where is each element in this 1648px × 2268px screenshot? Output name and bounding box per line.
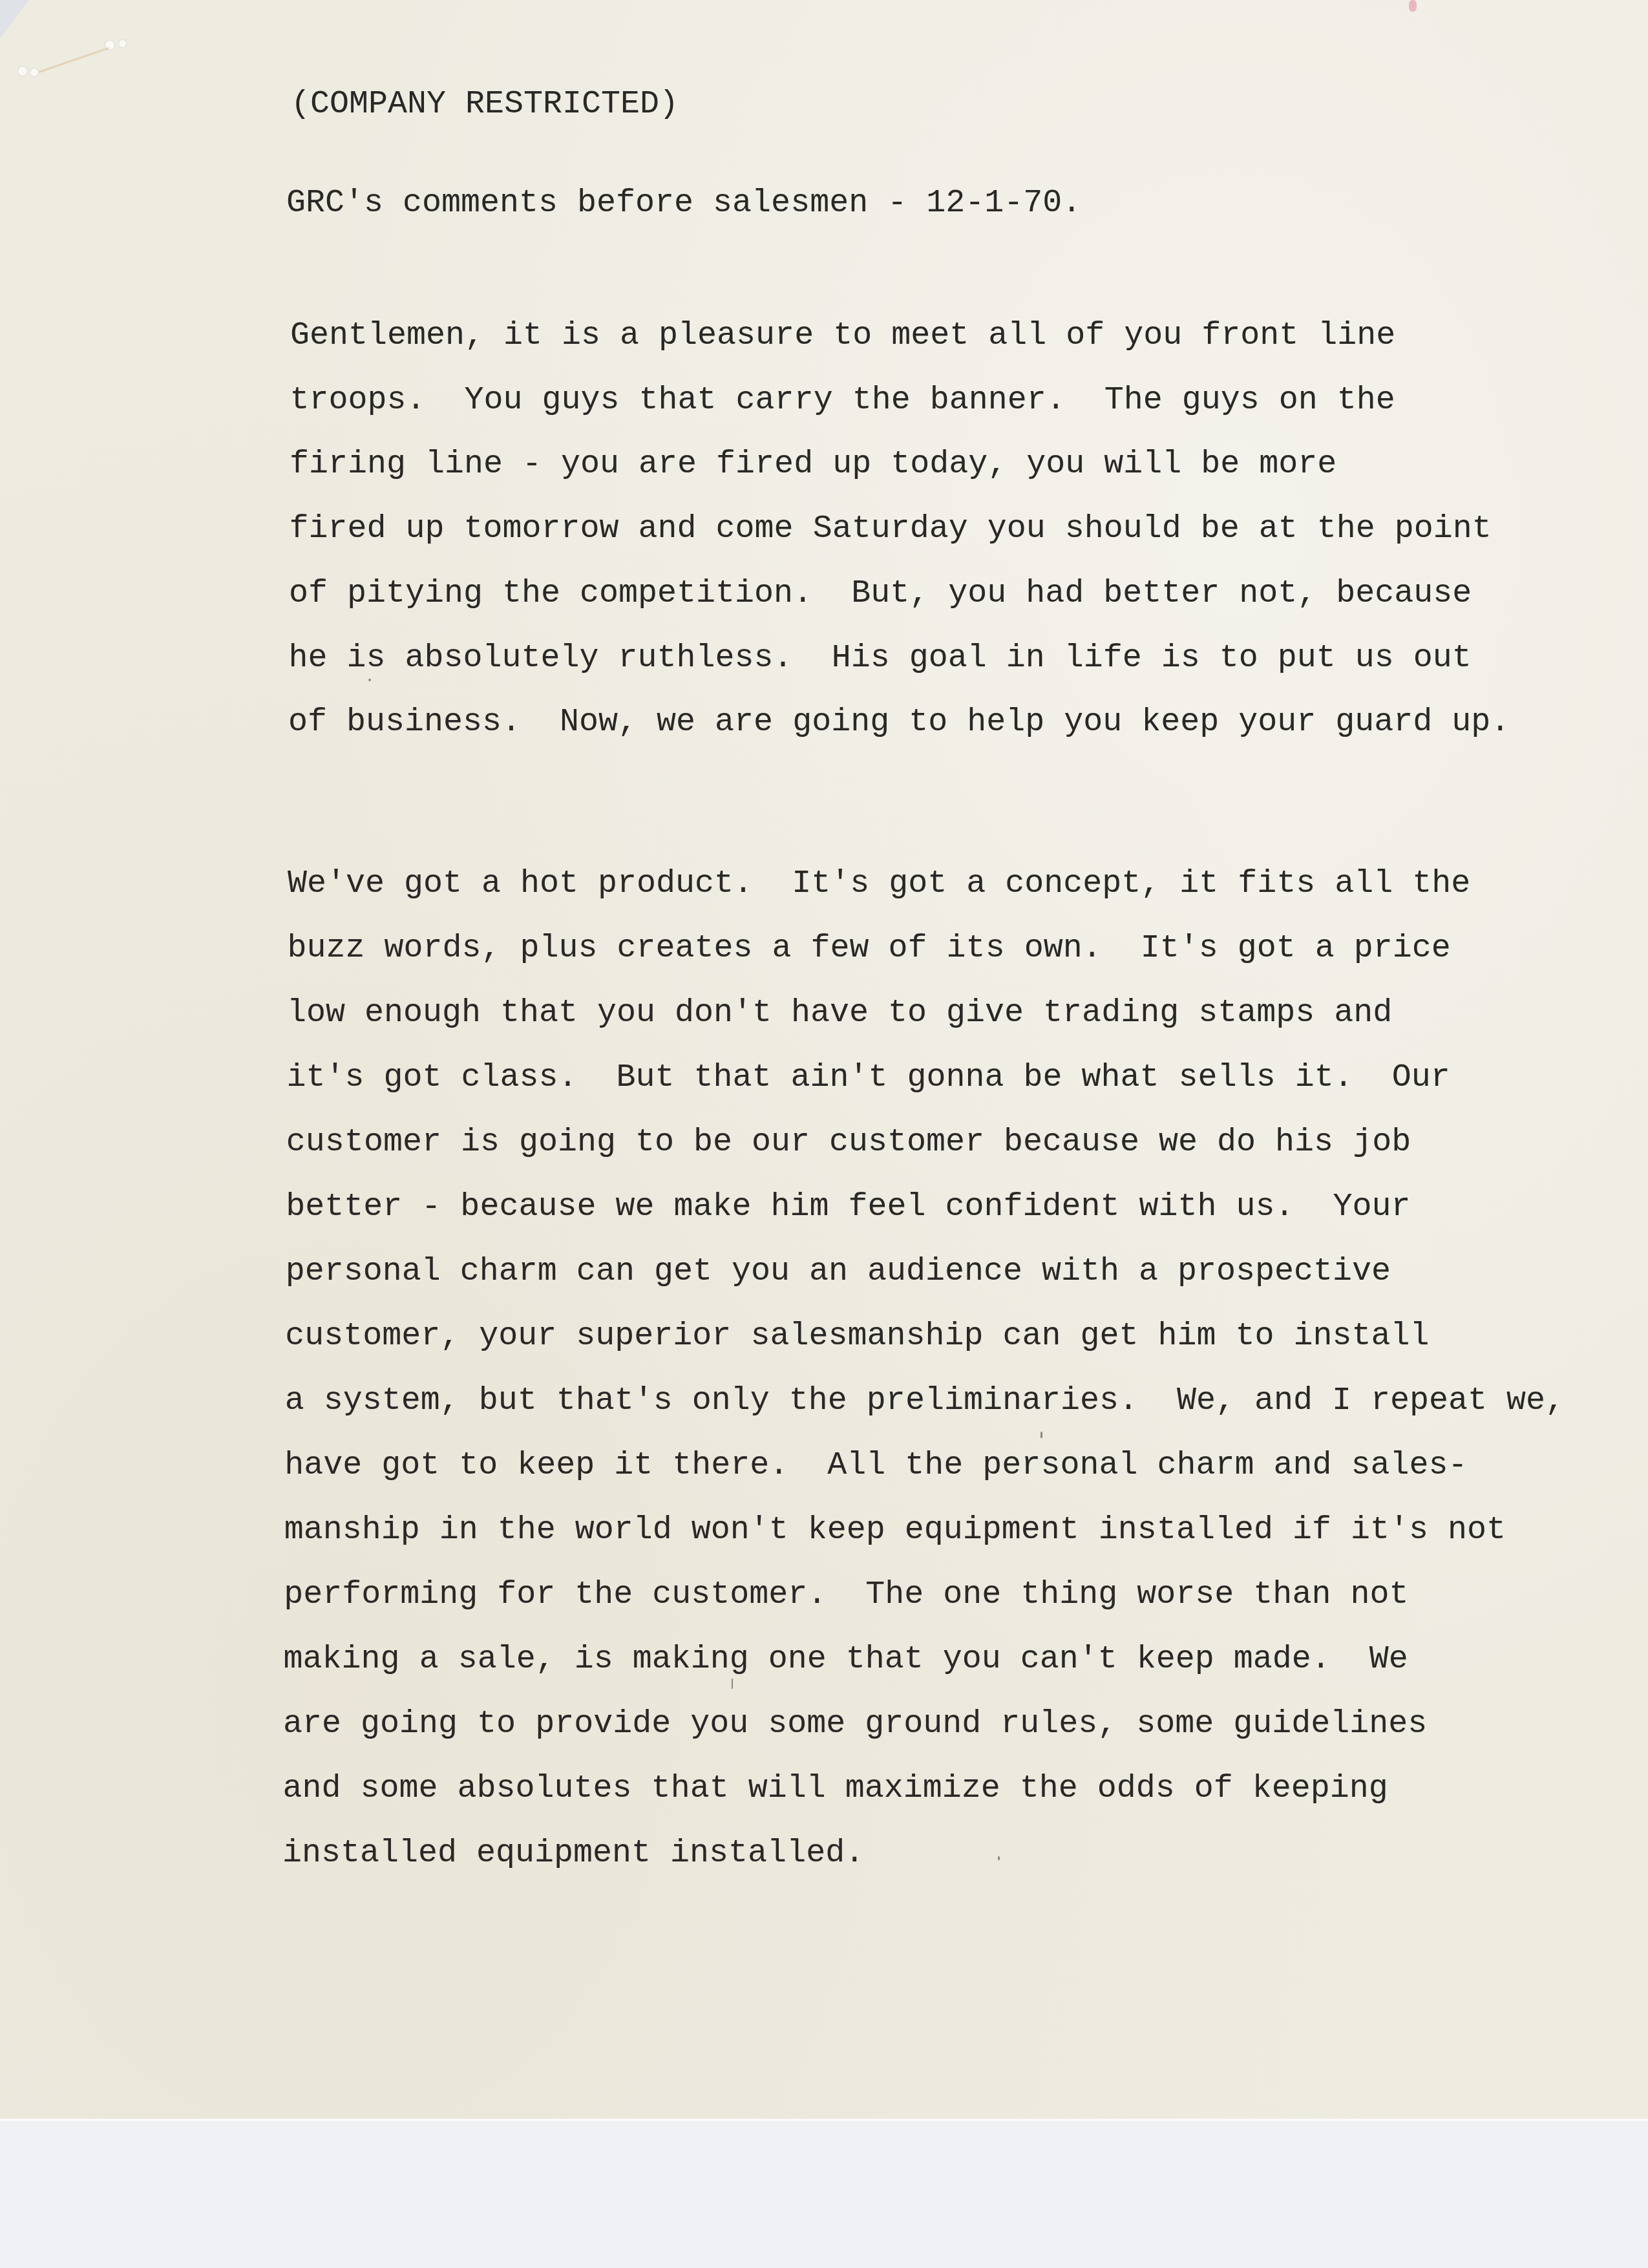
paragraph-1-line: he is absolutely ruthless. His goal in l… — [289, 642, 1472, 675]
paragraph-1-line: of pitying the competition. But, you had… — [289, 578, 1472, 610]
paragraph-1-line: Gentlemen, it is a pleasure to meet all … — [290, 320, 1395, 352]
pink-ink-mark — [1409, 0, 1417, 12]
paragraph-1-line: of business. Now, we are going to help y… — [288, 706, 1510, 739]
paragraph-2-line: are going to provide you some ground rul… — [283, 1708, 1427, 1741]
paragraph-2-line: have got to keep it there. All the perso… — [284, 1450, 1467, 1482]
paragraph-2-line: customer, your superior salesmanship can… — [285, 1320, 1429, 1353]
paragraph-2-line: personal charm can get you an audience w… — [286, 1256, 1391, 1288]
paragraph-2-line: customer is going to be our customer bec… — [286, 1127, 1411, 1159]
paragraph-2-line: buzz words, plus creates a few of its ow… — [287, 933, 1450, 965]
paragraph-2-line: manship in the world won't keep equipmen… — [284, 1514, 1506, 1547]
paper-speck — [732, 1679, 733, 1689]
paragraph-2-line: it's got class. But that ain't gonna be … — [286, 1062, 1450, 1094]
folded-corner — [0, 0, 28, 39]
paragraph-2-line: and some absolutes that will maximize th… — [283, 1773, 1388, 1805]
paper-page: (COMPANY RESTRICTED) GRC's comments befo… — [0, 0, 1648, 2119]
paragraph-1-line: troops. You guys that carry the banner. … — [290, 385, 1395, 417]
paper-speck — [1041, 1432, 1042, 1438]
classification-label: (COMPANY RESTRICTED) — [291, 89, 679, 121]
document-subtitle: GRC's comments before salesmen - 12-1-70… — [286, 187, 1081, 220]
staple-hole-mark — [119, 40, 126, 47]
paragraph-2-line: a system, but that's only the preliminar… — [285, 1385, 1565, 1417]
scanner-background — [0, 2119, 1648, 2268]
staple-hole-mark — [30, 69, 38, 76]
paragraph-2-line: making a sale, is making one that you ca… — [284, 1644, 1408, 1676]
paper-speck — [998, 1856, 1000, 1860]
paragraph-2-line: installed equipment installed. — [282, 1838, 864, 1870]
paper-speck — [368, 679, 371, 681]
staple-hole-mark — [18, 67, 27, 76]
paragraph-2-line: We've got a hot product. It's got a conc… — [288, 868, 1470, 900]
paragraph-1-line: fired up tomorrow and come Saturday you … — [290, 513, 1492, 546]
paragraph-1-line: firing line - you are fired up today, yo… — [290, 449, 1336, 481]
paragraph-2-line: low enough that you don't have to give t… — [287, 997, 1392, 1030]
paragraph-2-line: performing for the customer. The one thi… — [284, 1579, 1408, 1611]
staple-scratch — [39, 47, 110, 73]
paragraph-2-line: better - because we make him feel confid… — [286, 1191, 1410, 1224]
